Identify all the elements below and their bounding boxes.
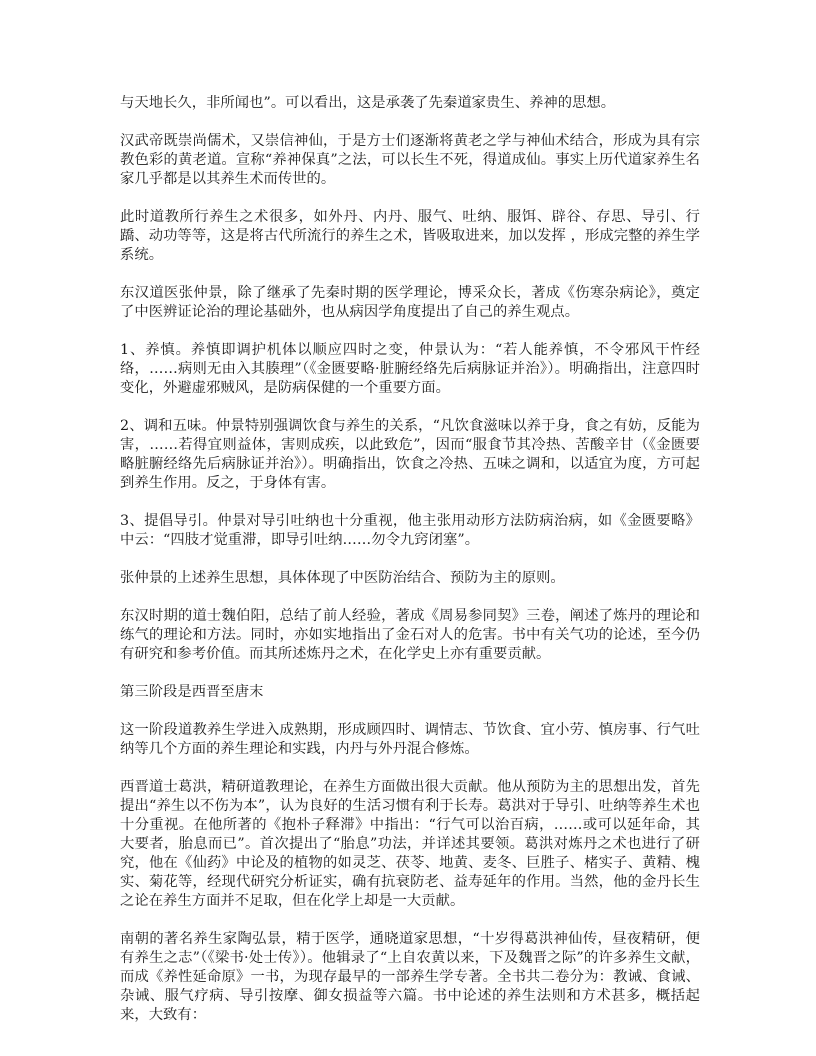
paragraph-daoist-techniques: 此时道教所行养生之术很多，如外丹、内丹、服气、吐纳、服饵、辟谷、存思、导引、行蹻… — [120, 208, 700, 265]
paragraph-point-2-wuwei: 2、调和五味。仲景特别强调饮食与养生的关系，“凡饮食滋味以养于身，食之有妨，反能… — [120, 417, 700, 493]
document-page: 与天地长久，非所闻也”。可以看出，这是承袭了先秦道家贵生、养神的思想。 汉武帝既… — [120, 94, 700, 1044]
paragraph-hanwudi-continuation: 与天地长久，非所闻也”。可以看出，这是承袭了先秦道家贵生、养神的思想。 — [120, 94, 700, 113]
section-heading-stage-three: 第三阶段是西晋至唐末 — [120, 683, 700, 702]
paragraph-point-1-yangshen: 1、养慎。养慎即调护机体以顺应四时之变，仲景认为：“若人能养慎，不令邪风干忤经络… — [120, 341, 700, 398]
paragraph-ge-hong: 西晋道士葛洪，精研道教理论，在养生方面做出很大贡献。他从预防为主的思想出发，首先… — [120, 778, 700, 911]
paragraph-zhang-summary: 张仲景的上述养生思想，具体体现了中医防治结合、预防为主的原则。 — [120, 569, 700, 588]
paragraph-tao-hongjing: 南朝的著名养生家陶弘景，精于医学，通晓道家思想，“十岁得葛洪神仙传，昼夜精研，便… — [120, 930, 700, 1025]
paragraph-wei-boyang: 东汉时期的道士魏伯阳，总结了前人经验，著成《周易参同契》三卷，阐述了炼丹的理论和… — [120, 607, 700, 664]
paragraph-point-3-daoyin: 3、提倡导引。仲景对导引吐纳也十分重视，他主张用动形方法防病治病，如《金匮要略》… — [120, 512, 700, 550]
paragraph-huanglao-dao: 汉武帝既崇尚儒术，又崇信神仙，于是方士们逐渐将黄老之学与神仙术结合，形成为具有宗… — [120, 132, 700, 189]
paragraph-zhang-zhongjing: 东汉道医张仲景，除了继承了先秦时期的医学理论，博采众长，著成《伤寒杂病论》，奠定… — [120, 284, 700, 322]
paragraph-mature-period: 这一阶段道教养生学进入成熟期，形成顾四时、调情志、节饮食、宜小劳、慎房事、行气吐… — [120, 721, 700, 759]
